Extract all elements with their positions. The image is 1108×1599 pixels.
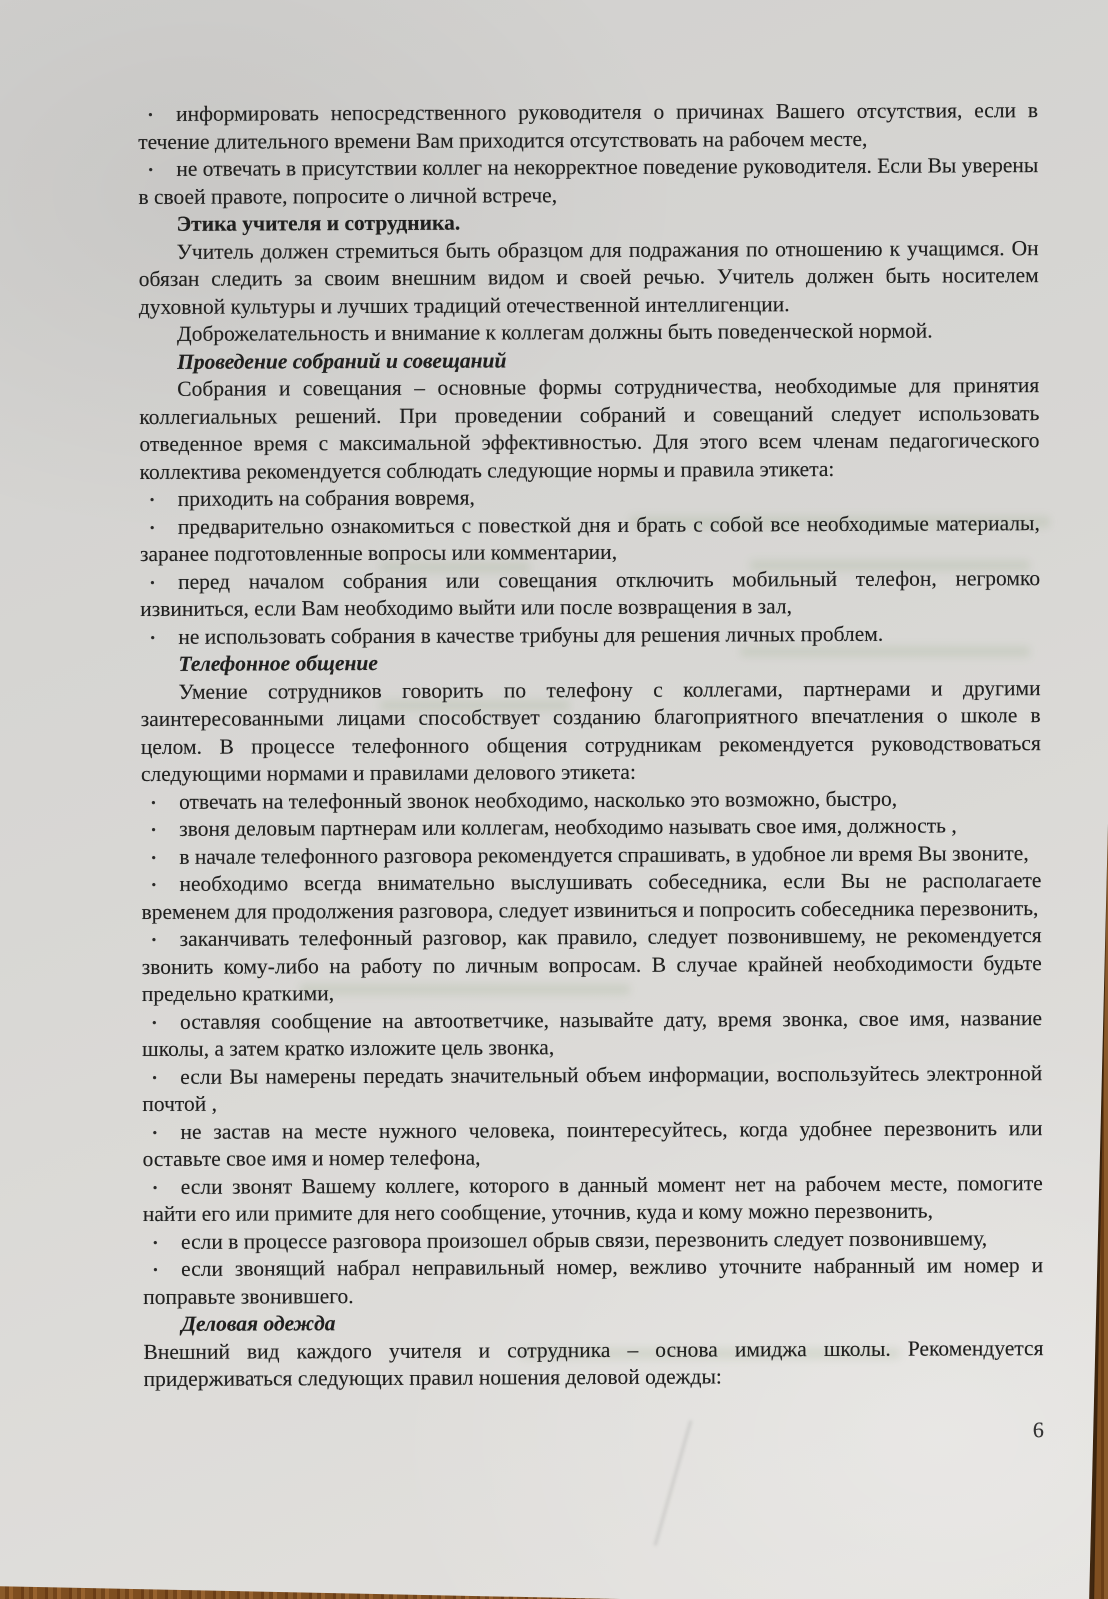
bullet-text: предварительно ознакомиться с повесткой … bbox=[140, 511, 1040, 566]
section-heading: Проведение собраний и совещаний bbox=[177, 345, 1039, 376]
bullet-item: •необходимо всегда внимательно выслушива… bbox=[141, 867, 1041, 926]
bullet-item: •приходить на собрания вовремя, bbox=[140, 482, 1040, 513]
bullet-text: звоня деловым партнерам или коллегам, не… bbox=[179, 813, 957, 840]
bullet-item: •перед началом собрания или совещания от… bbox=[140, 565, 1040, 624]
bullet-item: •если в процессе разговора произошел обр… bbox=[143, 1225, 1043, 1256]
bullet-item: •предварительно ознакомиться с повесткой… bbox=[140, 510, 1040, 569]
bullet-item: •в начале телефонного разговора рекоменд… bbox=[141, 840, 1041, 871]
bullet-text: если звонящий набрал неправильный номер,… bbox=[143, 1253, 1043, 1308]
paragraph: Учитель должен стремиться быть образцом … bbox=[139, 235, 1039, 321]
bullet-text: если звонят Вашему коллеге, которого в д… bbox=[143, 1171, 1043, 1226]
bullet-item: •заканчивать телефонный разговор, как пр… bbox=[142, 922, 1042, 1008]
bullet-item: •оставляя сообщение на автоответчике, на… bbox=[142, 1005, 1042, 1064]
bullet-text: приходить на собрания вовремя, bbox=[178, 486, 475, 511]
paragraph: Внешний вид каждого учителя и сотрудника… bbox=[143, 1335, 1043, 1394]
bullet-text: необходимо всегда внимательно выслушиват… bbox=[141, 868, 1041, 923]
paragraph: Умение сотрудников говорить по телефону … bbox=[141, 675, 1041, 789]
bullet-text: отвечать на телефонный звонок необходимо… bbox=[179, 786, 897, 813]
document-text-block: •информировать непосредственного руковод… bbox=[138, 97, 1044, 1447]
bullet-icon: • bbox=[152, 1008, 180, 1036]
bullet-text: перед началом собрания или совещания отк… bbox=[140, 566, 1040, 621]
bullet-item: •если звонят Вашему коллеге, которого в … bbox=[143, 1170, 1043, 1229]
bullet-text: в начале телефонного разговора рекоменду… bbox=[179, 841, 1028, 869]
bullet-item: •если Вы намерены передать значительный … bbox=[142, 1060, 1042, 1119]
bullet-icon: • bbox=[148, 101, 176, 129]
bullet-icon: • bbox=[153, 1228, 181, 1256]
bullet-text: не отвечать в присутствии коллег на неко… bbox=[138, 153, 1038, 208]
section-heading: Этика учителя и сотрудника. bbox=[176, 207, 1038, 238]
bullet-text: если в процессе разговора произошел обры… bbox=[181, 1226, 987, 1254]
bullet-icon: • bbox=[150, 623, 178, 651]
bullet-icon: • bbox=[151, 843, 179, 871]
bullet-icon: • bbox=[152, 1063, 180, 1091]
bullet-item: •не застав на месте нужного человека, по… bbox=[142, 1115, 1042, 1174]
section-heading: Телефонное общение bbox=[178, 647, 1040, 678]
bullet-text: если Вы намерены передать значительный о… bbox=[142, 1061, 1042, 1116]
bullet-icon: • bbox=[152, 1118, 180, 1146]
bullet-text: оставляя сообщение на автоответчике, наз… bbox=[142, 1006, 1042, 1061]
bullet-item: •не использовать собрания в качестве три… bbox=[140, 620, 1040, 651]
bullet-item: •отвечать на телефонный звонок необходим… bbox=[141, 785, 1041, 816]
bullet-icon: • bbox=[150, 513, 178, 541]
bullet-item: •информировать непосредственного руковод… bbox=[138, 97, 1038, 156]
paragraph: Собрания и совещания – основные формы со… bbox=[139, 372, 1039, 486]
bullet-item: •если звонящий набрал неправильный номер… bbox=[143, 1252, 1043, 1311]
bullet-text: не застав на месте нужного человека, пои… bbox=[143, 1116, 1043, 1171]
bullet-item: •звоня деловым партнерам или коллегам, н… bbox=[141, 812, 1041, 843]
section-heading: Деловая одежда bbox=[181, 1307, 1043, 1338]
paragraph: Доброжелательность и внимание к коллегам… bbox=[139, 317, 1039, 348]
bullet-icon: • bbox=[152, 926, 180, 954]
bullet-icon: • bbox=[151, 816, 179, 844]
bullet-item: •не отвечать в присутствии коллег на нек… bbox=[138, 152, 1038, 211]
photographed-document-page: { "page": { "paper_color": "#d8d7d4", "t… bbox=[0, 0, 1108, 1599]
bullet-text: не использовать собрания в качестве триб… bbox=[178, 621, 883, 648]
bullet-text: информировать непосредственного руководи… bbox=[138, 98, 1038, 153]
bullet-icon: • bbox=[150, 486, 178, 514]
bullet-icon: • bbox=[153, 1173, 181, 1201]
bullet-text: заканчивать телефонный разговор, как пра… bbox=[142, 923, 1042, 1006]
bullet-icon: • bbox=[153, 1256, 181, 1284]
bullet-icon: • bbox=[150, 568, 178, 596]
page-number: 6 bbox=[144, 1416, 1044, 1447]
bullet-icon: • bbox=[151, 871, 179, 899]
bullet-icon: • bbox=[148, 156, 176, 184]
bullet-icon: • bbox=[151, 788, 179, 816]
